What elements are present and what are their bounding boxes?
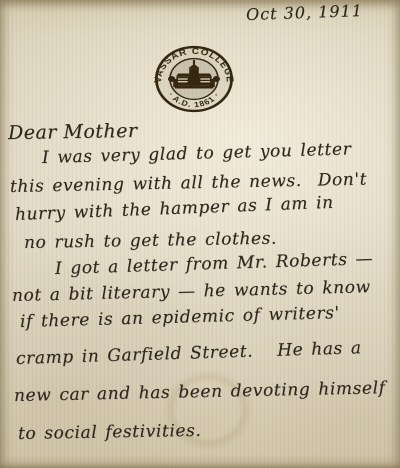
college-seal-graphic: VASSAR COLLEGE · A.D. 1861 · xyxy=(154,45,234,113)
letter-line: to social festivities. xyxy=(18,421,202,444)
salutation: Dear Mother xyxy=(8,120,138,144)
vassar-college-seal: VASSAR COLLEGE · A.D. 1861 · xyxy=(154,45,234,113)
letter-date: Oct 30, 1911 xyxy=(246,1,363,24)
